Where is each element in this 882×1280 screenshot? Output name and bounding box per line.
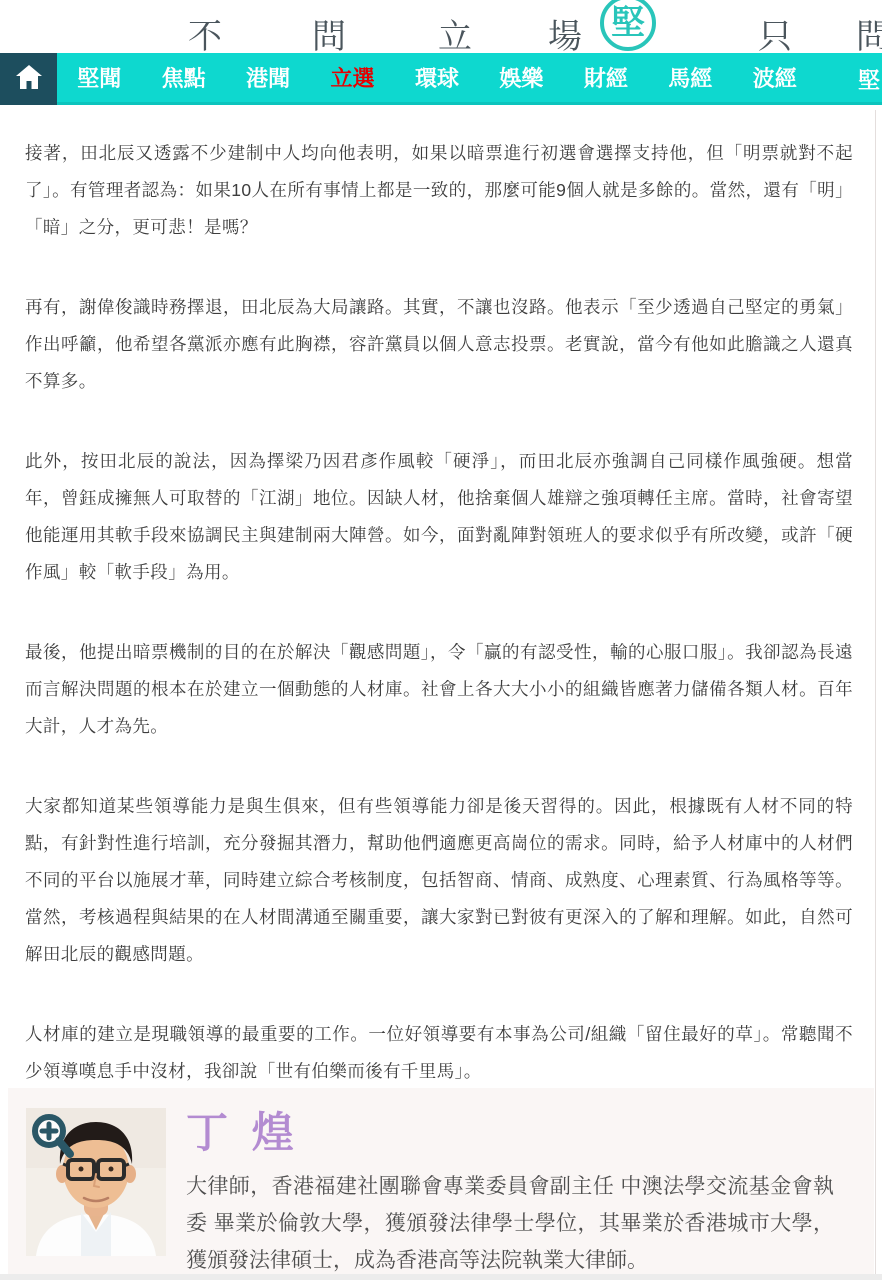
bottom-divider: [0, 1274, 882, 1280]
nav-item-horse-racing[interactable]: 馬經: [668, 62, 712, 93]
article-paragraph: 接著，田北辰又透露不少建制中人均向他表明，如果以暗票進行初選會選擇支持他，但「明…: [25, 135, 853, 246]
article-paragraph: 再有，謝偉俊識時務擇退，田北辰為大局讓路。其實，不讓也沒路。他表示「至少透過自己…: [25, 289, 853, 400]
nav-item-finance[interactable]: 財經: [584, 62, 628, 93]
slogan-char: 問: [856, 9, 882, 58]
site-logo[interactable]: 堅: [597, 0, 659, 56]
zoom-in-icon[interactable]: [28, 1110, 80, 1167]
nav-item-kin-news[interactable]: 堅聞: [77, 62, 121, 93]
author-bio-card: 丁 煌 大律師，香港福建社團聯會專業委員會副主任 中澳法學交流基金會執委 畢業於…: [8, 1088, 874, 1280]
author-name[interactable]: 丁 煌: [186, 1110, 834, 1156]
nav-item-global[interactable]: 環球: [415, 62, 459, 93]
nav-item-entertainment[interactable]: 娛樂: [499, 62, 543, 93]
nav-item-football[interactable]: 波經: [753, 62, 797, 93]
slogan-char: 問: [312, 9, 346, 58]
nav-item-hk-news[interactable]: 港聞: [246, 62, 290, 93]
article-body: 接著，田北辰又透露不少建制中人均向他表明，如果以暗票進行初選會選擇支持他，但「明…: [0, 105, 877, 1166]
site-header: 不 問 立 場 堅 只 問: [0, 0, 882, 53]
slogan-char: 場: [548, 9, 582, 58]
logo-character: 堅: [611, 4, 645, 42]
nav-item-cutoff[interactable]: 堅: [858, 64, 880, 95]
content-right-border: [875, 110, 876, 1280]
article-paragraph: 人材庫的建立是現職領導的最重要的工作。一位好領導要有本事為公司/組織「留住最好的…: [25, 1016, 853, 1090]
article-paragraph: 此外，按田北辰的說法，因為擇梁乃因君彥作風較「硬淨」，而田北辰亦強調自己同樣作風…: [25, 443, 853, 591]
nav-item-list: 堅聞 焦點 港聞 立選 環球 娛樂 財經 馬經 波經: [57, 53, 817, 102]
page: 不 問 立 場 堅 只 問 堅聞 焦點 港聞 立選 環球 娛樂: [0, 0, 882, 1280]
slogan-char: 不: [188, 9, 222, 58]
nav-item-election[interactable]: 立選: [331, 62, 375, 93]
article-paragraph: 大家都知道某些領導能力是與生俱來，但有些領導能力卻是後天習得的。因此，根據既有人…: [25, 788, 853, 973]
author-description: 大律師，香港福建社團聯會專業委員會副主任 中澳法學交流基金會執委 畢業於倫敦大學…: [186, 1168, 834, 1279]
slogan-char: 立: [438, 9, 472, 58]
main-nav: 堅聞 焦點 港聞 立選 環球 娛樂 財經 馬經 波經 堅: [0, 53, 882, 105]
home-button[interactable]: [0, 53, 57, 105]
home-icon: [15, 64, 43, 95]
author-photo[interactable]: [26, 1108, 166, 1256]
article-paragraph: 最後，他提出暗票機制的目的在於解決「觀感問題」，令「贏的有認受性，輸的心服口服」…: [25, 634, 853, 745]
slogan-char: 只: [758, 9, 792, 58]
nav-item-focus[interactable]: 焦點: [162, 62, 206, 93]
author-info: 丁 煌 大律師，香港福建社團聯會專業委員會副主任 中澳法學交流基金會執委 畢業於…: [186, 1108, 834, 1280]
